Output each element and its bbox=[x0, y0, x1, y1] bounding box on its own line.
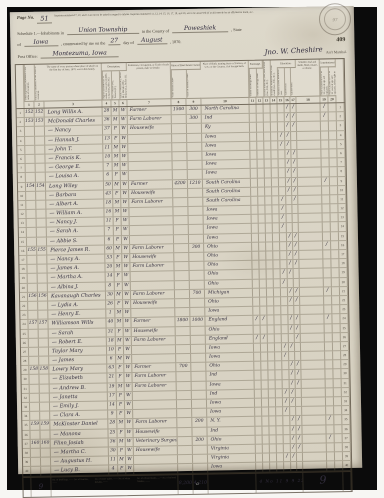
birthplace: Ohio bbox=[204, 243, 252, 252]
personal-estate-value bbox=[188, 161, 203, 169]
color: W bbox=[123, 291, 131, 299]
person-name: — James bbox=[49, 356, 107, 365]
age: 19 bbox=[108, 383, 117, 391]
line-number: 30 bbox=[21, 375, 29, 383]
line-number: 16 bbox=[19, 247, 27, 255]
real-estate-value bbox=[176, 336, 191, 344]
column-header: Place of Birth, naming State or Territor… bbox=[201, 61, 250, 98]
line-number-right: 18 bbox=[339, 259, 347, 267]
line-number-right: 4 bbox=[337, 131, 345, 139]
mark-col-19 bbox=[325, 370, 333, 378]
line-number: 20 bbox=[20, 283, 28, 291]
birthplace: Iowa bbox=[204, 233, 252, 242]
personal-estate-value bbox=[191, 345, 206, 353]
person-name: — Nancy A. bbox=[47, 254, 105, 263]
birthplace: Iowa bbox=[207, 408, 255, 417]
sex: F bbox=[117, 429, 125, 437]
person-name: — Albina J. bbox=[48, 282, 106, 291]
real-estate-value bbox=[173, 207, 188, 215]
occupation bbox=[129, 207, 173, 216]
mark-col-19 bbox=[322, 204, 330, 212]
day-value: 27 bbox=[108, 37, 120, 45]
family-number bbox=[40, 412, 50, 420]
mark-col-19 bbox=[327, 452, 335, 460]
mark-col-18 bbox=[297, 149, 321, 158]
age: 36 bbox=[103, 117, 112, 125]
real-estate-total: 8,200 bbox=[178, 474, 193, 493]
line-number: 5 bbox=[17, 146, 25, 154]
line-number-right: 6 bbox=[337, 149, 345, 157]
mark-col-19 bbox=[321, 149, 329, 157]
real-estate-value bbox=[178, 437, 193, 445]
mark-col-19 bbox=[324, 296, 332, 304]
mark-col-19: / bbox=[321, 113, 329, 121]
dwelling-number bbox=[28, 302, 38, 310]
line-number-right: 32 bbox=[342, 388, 350, 396]
mark-col-18 bbox=[301, 370, 325, 379]
sex: F bbox=[115, 273, 123, 281]
mark-col-20 bbox=[335, 461, 343, 469]
sex: F bbox=[115, 300, 123, 308]
sex: F bbox=[114, 227, 122, 235]
mark-col-19: / bbox=[324, 287, 332, 295]
color: W bbox=[121, 171, 129, 179]
line-number: 31 bbox=[22, 385, 30, 393]
family-number bbox=[36, 173, 46, 181]
margin-tally: 9 bbox=[31, 477, 51, 496]
real-estate-value bbox=[172, 124, 187, 132]
line-number-right: 14 bbox=[339, 222, 347, 230]
occupation bbox=[128, 143, 172, 152]
mark-col-20 bbox=[331, 213, 339, 221]
person-name: — Augustus H. bbox=[51, 457, 109, 466]
line-number-right: 38 bbox=[343, 443, 351, 451]
personal-estate-value bbox=[187, 142, 202, 150]
person-name: — Albert A. bbox=[46, 199, 104, 208]
instructions-note: Inquiries numbered 7, 10, and 11 are not… bbox=[54, 10, 266, 17]
dwelling-number bbox=[30, 394, 40, 402]
family-number bbox=[41, 458, 51, 466]
day-of-label: day of bbox=[123, 40, 134, 45]
age: 18 bbox=[104, 199, 113, 207]
signature-value: Jno. W. Cheshire bbox=[265, 45, 323, 56]
occupation: Farm Laborer bbox=[128, 115, 172, 124]
age: 6 bbox=[104, 172, 113, 180]
mark-col-20 bbox=[332, 305, 340, 313]
dwelling-number bbox=[27, 219, 37, 227]
personal-estate-value bbox=[192, 381, 207, 389]
dwelling-number: 157 bbox=[28, 320, 38, 328]
personal-estate-value bbox=[191, 354, 206, 362]
age: 11 bbox=[103, 144, 112, 152]
personal-estate-value bbox=[189, 216, 204, 224]
family-number: 153 bbox=[35, 118, 45, 126]
occupation bbox=[133, 400, 177, 409]
mark-col-18 bbox=[303, 443, 327, 452]
line-number: 9 bbox=[18, 182, 26, 190]
line-number: 33 bbox=[22, 403, 30, 411]
line-number: 26 bbox=[21, 339, 29, 347]
mark-col-20 bbox=[329, 122, 337, 130]
person-name: Flinn Josiah bbox=[51, 438, 109, 447]
personal-estate-value bbox=[190, 280, 205, 288]
line-number-right: 12 bbox=[338, 204, 346, 212]
line-number-right: 27 bbox=[341, 342, 349, 350]
mark-col-19 bbox=[325, 324, 333, 332]
age: 8 bbox=[106, 282, 115, 290]
dwelling-number bbox=[29, 357, 39, 365]
age: 14 bbox=[108, 401, 117, 409]
family-number bbox=[39, 347, 49, 355]
page-number-value: 51 bbox=[37, 14, 51, 23]
color: W bbox=[121, 199, 129, 207]
mark-col-20 bbox=[332, 269, 340, 277]
column-number: 9 bbox=[186, 98, 201, 105]
dwelling-number bbox=[27, 256, 37, 264]
occupation: Farm Laborer bbox=[133, 382, 177, 391]
mark-col-20 bbox=[330, 204, 338, 212]
person-name: Taylor Mary bbox=[49, 346, 107, 355]
dwelling-number bbox=[30, 430, 40, 438]
line-number-right: 13 bbox=[339, 213, 347, 221]
mark-col-18 bbox=[300, 306, 324, 315]
occupation bbox=[134, 464, 178, 473]
mark-col-18 bbox=[298, 195, 322, 204]
mark-col-19 bbox=[323, 260, 331, 268]
post-office-label: Post Office: bbox=[18, 54, 38, 59]
mark-col-20 bbox=[335, 443, 343, 451]
color: W bbox=[125, 383, 133, 391]
birthplace: Iowa bbox=[203, 169, 251, 178]
real-estate-value bbox=[175, 299, 190, 307]
line-number: 29 bbox=[21, 366, 29, 374]
person-name: — Francis K. bbox=[45, 153, 103, 162]
real-estate-value bbox=[172, 134, 187, 142]
birthplace: England bbox=[206, 334, 254, 343]
personal-estate-value: 300 bbox=[189, 243, 204, 251]
mark-col-19: / bbox=[324, 315, 332, 323]
real-estate-value bbox=[172, 115, 187, 123]
sex: M bbox=[114, 245, 122, 253]
line-number-right: 31 bbox=[342, 379, 350, 387]
dwelling-number bbox=[25, 127, 35, 135]
sex: M bbox=[112, 153, 120, 161]
age: 4 bbox=[109, 466, 118, 474]
color: W bbox=[122, 254, 130, 262]
color: W bbox=[122, 226, 130, 234]
color: W bbox=[123, 318, 131, 326]
personal-estate-value bbox=[190, 271, 205, 279]
birthplace: Ind bbox=[202, 114, 250, 123]
mark-col-18 bbox=[297, 113, 321, 122]
mark-col-18 bbox=[300, 315, 324, 324]
line-number-right: 33 bbox=[342, 397, 350, 405]
personal-estate-value bbox=[192, 427, 207, 435]
assistant-marshal-signature: Jno. W. Cheshire Ass't Marshal. bbox=[265, 46, 347, 55]
family-number bbox=[39, 375, 49, 383]
birthplace: Iowa bbox=[203, 160, 251, 169]
family-number bbox=[40, 403, 50, 411]
mark-col-19 bbox=[323, 214, 331, 222]
dwelling-number bbox=[27, 265, 37, 273]
line-number: 32 bbox=[22, 394, 30, 402]
color: W bbox=[122, 236, 130, 244]
real-estate-value bbox=[174, 225, 189, 233]
color: W bbox=[121, 181, 129, 189]
line-number: 2 bbox=[17, 118, 25, 126]
color: W bbox=[126, 438, 134, 446]
line-number-right: 30 bbox=[341, 369, 349, 377]
column-number: 1 bbox=[24, 101, 34, 108]
mark-col-18 bbox=[298, 186, 322, 195]
birthplace: Iowa bbox=[202, 132, 250, 141]
personal-estate-value bbox=[190, 308, 205, 316]
personal-estate-value bbox=[189, 225, 204, 233]
year-label: , 1870. bbox=[170, 39, 182, 44]
stats-block: No. of white males, —— No. of white fema… bbox=[95, 477, 135, 493]
person-name: Long Wiley bbox=[46, 181, 104, 190]
line-number: 12 bbox=[18, 210, 26, 218]
column-number: 5 bbox=[111, 99, 119, 106]
mark-col-20 bbox=[335, 434, 343, 442]
occupation: Farm Laborer bbox=[130, 244, 174, 253]
birthplace: Iowa bbox=[204, 224, 252, 233]
sex: M bbox=[114, 263, 122, 271]
real-estate-value bbox=[176, 354, 191, 362]
mark-col-18 bbox=[302, 379, 326, 388]
line-number-right: 1 bbox=[337, 103, 345, 111]
mark-col-18 bbox=[300, 287, 324, 296]
column-header: Male Citizens of U.S. of 21 years of age… bbox=[328, 67, 337, 95]
mark-col-19: / bbox=[323, 241, 331, 249]
mark-col-20 bbox=[334, 406, 342, 414]
personal-estate-value bbox=[191, 372, 206, 380]
header-line-1: Page No. 51 Inquiries numbered 7, 10, an… bbox=[17, 10, 267, 24]
mark-col-19 bbox=[321, 131, 329, 139]
line-number: 18 bbox=[19, 265, 27, 273]
mark-col-18 bbox=[301, 342, 325, 351]
family-number bbox=[35, 136, 45, 144]
birthplace: N. Y. bbox=[207, 417, 255, 426]
sex: F bbox=[117, 401, 125, 409]
mark-col-20 bbox=[330, 168, 338, 176]
sex: F bbox=[116, 328, 124, 336]
occupation bbox=[130, 226, 174, 235]
occupation: Housewife bbox=[134, 446, 178, 455]
age: 17 bbox=[108, 392, 117, 400]
color: W bbox=[124, 337, 132, 345]
line-number: 22 bbox=[20, 302, 28, 310]
family-number bbox=[35, 127, 45, 135]
mark-col-18 bbox=[297, 122, 321, 131]
mark-col-18 bbox=[298, 159, 322, 168]
person-name: — Robert E. bbox=[49, 337, 107, 346]
page-number-label: Page No. bbox=[17, 15, 34, 20]
age: 30 bbox=[109, 447, 118, 455]
mark-col-19 bbox=[327, 462, 335, 470]
line-number: 17 bbox=[19, 256, 27, 264]
personal-estate-value: 300 bbox=[187, 106, 202, 114]
real-estate-value bbox=[172, 143, 187, 151]
line-number: 7 bbox=[18, 164, 26, 172]
age: 26 bbox=[106, 300, 115, 308]
age: 60 bbox=[105, 245, 114, 253]
person-name: — Martha A. bbox=[48, 273, 106, 282]
column-header: Profession, Occupation, or Trade of each… bbox=[127, 62, 172, 99]
printed-page-number: 409 bbox=[336, 37, 345, 43]
column-number: 6 bbox=[119, 99, 127, 106]
mark-col-20 bbox=[332, 314, 340, 322]
post-office-value: Montezuma, Iowa bbox=[41, 49, 119, 58]
mark-col-18 bbox=[300, 296, 324, 305]
birthplace: Ohio bbox=[206, 362, 254, 371]
dwelling-number bbox=[29, 375, 39, 383]
grand-tally: 9 bbox=[303, 472, 343, 492]
sex: M bbox=[115, 309, 123, 317]
birthplace: Iowa bbox=[203, 206, 251, 215]
real-estate-value: 4200 bbox=[173, 179, 188, 187]
person-name: — George E. bbox=[46, 163, 104, 172]
occupation: Farmer bbox=[129, 180, 173, 189]
person-name: — John T. bbox=[45, 144, 103, 153]
mark-col-19: / bbox=[327, 434, 335, 442]
sex: M bbox=[116, 355, 124, 363]
age: 16 bbox=[104, 208, 113, 216]
personal-estate-value bbox=[188, 198, 203, 206]
age: 31 bbox=[107, 328, 116, 336]
mark-col-18 bbox=[301, 333, 325, 342]
mark-col-18 bbox=[299, 223, 323, 232]
personal-estate-value bbox=[192, 409, 207, 417]
mark-col-20 bbox=[333, 333, 341, 341]
occupation: Veterinary Surgeon bbox=[134, 437, 178, 446]
birthplace: Ohio bbox=[204, 252, 252, 261]
real-estate-value bbox=[177, 400, 192, 408]
personal-estate-value bbox=[192, 390, 207, 398]
table-body: 1152152Long Willis A.28MWFarmer1500300No… bbox=[17, 103, 352, 476]
column-header: Dwelling-houses, numbered in the order o… bbox=[24, 65, 35, 101]
age: 13 bbox=[103, 135, 112, 143]
stats-block: No. of dwellings, —— No. of families, —— bbox=[52, 478, 92, 494]
occupation bbox=[132, 345, 176, 354]
personal-estate-value: 700 bbox=[190, 289, 205, 297]
line-number: 39 bbox=[23, 458, 31, 466]
real-estate-value bbox=[175, 290, 190, 298]
family-number bbox=[38, 283, 48, 291]
mark-col-18 bbox=[298, 168, 322, 177]
mark-col-20 bbox=[330, 158, 338, 166]
line-number-right: 36 bbox=[342, 425, 350, 433]
line-number-right: 7 bbox=[338, 158, 346, 166]
mark-col-20 bbox=[335, 452, 343, 460]
line-number: 35 bbox=[22, 421, 30, 429]
mark-col-19 bbox=[327, 443, 335, 451]
column-number: 10 bbox=[201, 97, 249, 105]
person-name: — William A. bbox=[46, 209, 104, 218]
mark-col-19 bbox=[325, 333, 333, 341]
birthplace: Iowa bbox=[207, 380, 255, 389]
mark-col-19 bbox=[326, 407, 334, 415]
line-number-right: 24 bbox=[340, 314, 348, 322]
occupation bbox=[131, 308, 175, 317]
birthplace: Iowa bbox=[206, 344, 254, 353]
real-estate-value bbox=[173, 170, 188, 178]
mark-col-20 bbox=[331, 259, 339, 267]
sex: F bbox=[114, 236, 122, 244]
birthplace: South Carolina bbox=[203, 187, 251, 196]
family-number: 152 bbox=[35, 109, 45, 117]
age: 9 bbox=[108, 410, 117, 418]
dwelling-number: 156 bbox=[28, 292, 38, 300]
person-name: — Nancy bbox=[45, 126, 103, 135]
real-estate-value bbox=[173, 161, 188, 169]
age: 28 bbox=[103, 107, 112, 115]
color: W bbox=[121, 162, 129, 170]
column-header: Value of Personal Estate. bbox=[186, 70, 202, 98]
age: 28 bbox=[108, 420, 117, 428]
real-estate-value bbox=[177, 427, 192, 435]
dwelling-number: 158 bbox=[29, 366, 39, 374]
birthplace: Iowa bbox=[204, 215, 252, 224]
person-name: — Elizabeth bbox=[49, 374, 107, 383]
personal-estate-value bbox=[191, 335, 206, 343]
line-number-right: 29 bbox=[341, 360, 349, 368]
line-number: 14 bbox=[19, 228, 27, 236]
age: 18 bbox=[107, 337, 116, 345]
birthplace: Iowa bbox=[202, 151, 250, 160]
dwelling-number bbox=[27, 228, 37, 236]
sex: M bbox=[116, 337, 124, 345]
line-number-right: 26 bbox=[341, 333, 349, 341]
family-number bbox=[36, 164, 46, 172]
mark-col-20 bbox=[329, 112, 337, 120]
line-number: 11 bbox=[18, 201, 26, 209]
dwelling-number: 160 bbox=[31, 439, 41, 447]
mark-col-18 bbox=[302, 425, 326, 434]
birthplace: Ohio bbox=[205, 298, 253, 307]
column-header: Whether deaf and dumb, blind, insane, or… bbox=[296, 60, 321, 96]
footer-right-margin-cell bbox=[343, 472, 351, 491]
tally-marks: 4 No 11 9 9 22 bbox=[256, 472, 303, 492]
line-number-right: 5 bbox=[337, 140, 345, 148]
mark-col-20 bbox=[334, 397, 342, 405]
sex: F bbox=[116, 364, 124, 372]
mark-col-19 bbox=[324, 278, 332, 286]
mark-col-19 bbox=[326, 379, 334, 387]
color: W bbox=[125, 410, 133, 418]
dwelling-number bbox=[30, 384, 40, 392]
family-number: 158 bbox=[39, 366, 49, 374]
line-number: 23 bbox=[20, 311, 28, 319]
mark-col-18 bbox=[302, 407, 326, 416]
dwelling-number bbox=[30, 403, 40, 411]
mark-col-19 bbox=[322, 186, 330, 194]
mark-col-18 bbox=[299, 232, 323, 241]
color: W bbox=[124, 328, 132, 336]
family-number bbox=[38, 311, 48, 319]
person-name: — James A. bbox=[47, 264, 105, 273]
line-number: 10 bbox=[18, 192, 26, 200]
mark-col-20 bbox=[333, 360, 341, 368]
age: 11 bbox=[109, 456, 118, 464]
township-value: Union Township bbox=[67, 26, 139, 35]
age: 6 bbox=[107, 355, 116, 363]
real-estate-value bbox=[174, 244, 189, 252]
line-number-right: 15 bbox=[339, 232, 347, 240]
dwelling-number bbox=[25, 136, 35, 144]
column-number: 7 bbox=[127, 98, 171, 106]
real-estate-value bbox=[174, 235, 189, 243]
